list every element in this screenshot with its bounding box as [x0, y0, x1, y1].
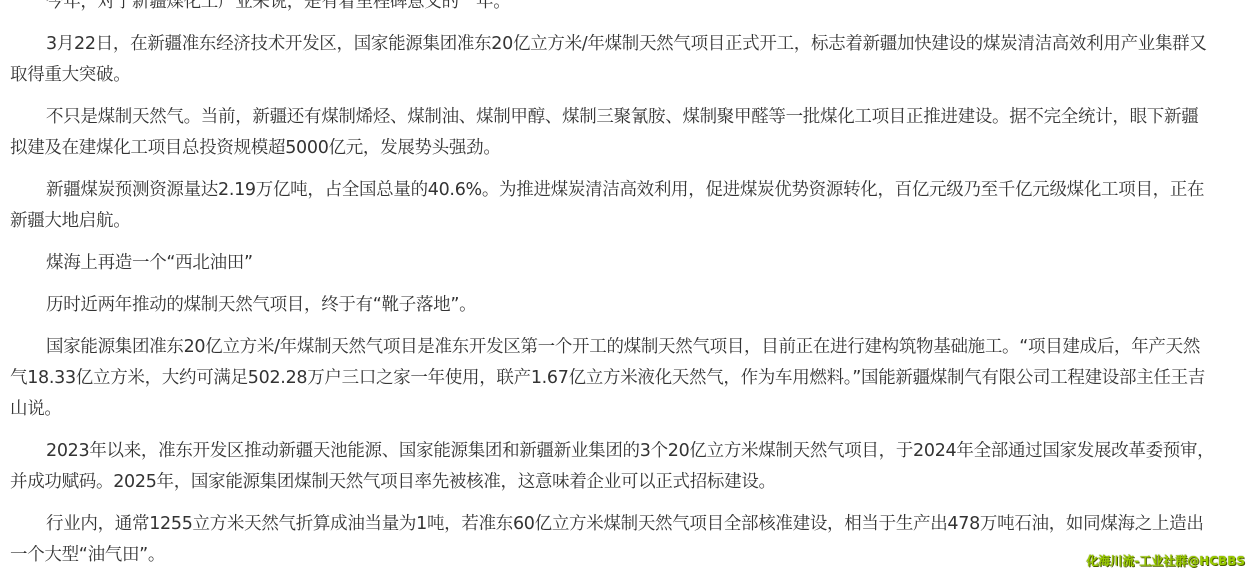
paragraph-coal-resources: 新疆煤炭预测资源量达2.19万亿吨，占全国总量的40.6%。为推进煤炭清洁高效利… — [10, 175, 1215, 237]
paragraph-coal-chemical-projects: 不只是煤制天然气。当前，新疆还有煤制烯烃、煤制油、煤制甲醇、煤制三聚氰胺、煤制聚… — [10, 102, 1215, 164]
paragraph-approval-history: 2023年以来，准东开发区推动新疆天池能源、国家能源集团和新疆新业集团的3个20… — [10, 436, 1215, 498]
paragraph-project-landing: 历时近两年推动的煤制天然气项目，终于有“靴子落地”。 — [10, 290, 1215, 321]
watermark: 化海川流-工业社群@HCBBS — [1086, 552, 1245, 569]
section-heading-northwest-oilfield: 煤海上再造一个“西北油田” — [10, 248, 1215, 279]
paragraph-project-start: 3月22日，在新疆准东经济技术开发区，国家能源集团准东20亿立方米/年煤制天然气… — [10, 29, 1215, 91]
paragraph-project-details: 国家能源集团准东20亿立方米/年煤制天然气项目是准东开发区第一个开工的煤制天然气… — [10, 332, 1215, 425]
paragraph-intro: 今年，对于新疆煤化工产业来说，是有着里程碑意义的一年。 — [10, 0, 1215, 18]
paragraph-oil-equivalent: 行业内，通常1255立方米天然气折算成油当量为1吨，若准东60亿立方米煤制天然气… — [10, 509, 1215, 571]
article-body: 今年，对于新疆煤化工产业来说，是有着里程碑意义的一年。 3月22日，在新疆准东经… — [10, 0, 1215, 577]
